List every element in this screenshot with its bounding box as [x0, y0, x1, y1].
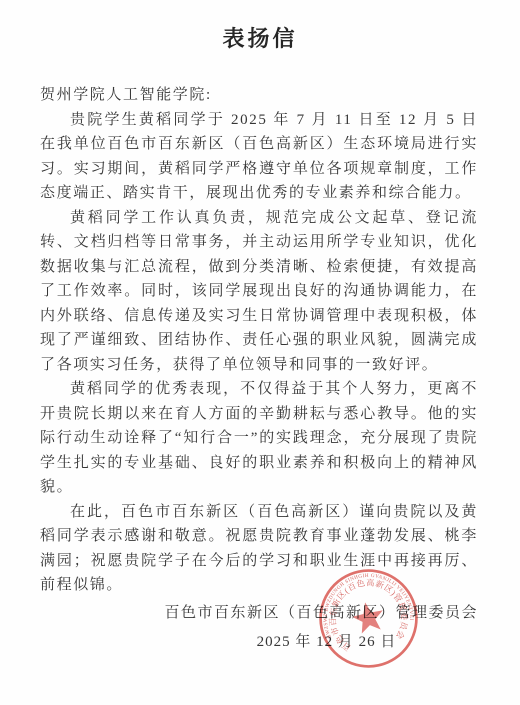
letter-paragraph: 黄稻同学工作认真负责，规范完成公文起草、登记流转、文档归档等日常事务，并主动运用… — [40, 206, 478, 378]
letter-paragraph: 在此，百色市百东新区（百色高新区）谨向贵院以及黄稻同学表示感谢和敬意。祝愿贵院教… — [40, 500, 478, 598]
letter-paragraph: 贵院学生黄稻同学于 2025 年 7 月 11 日至 12 月 5 日在我单位百… — [40, 108, 478, 206]
commendation-letter-page: 表扬信 贺州学院人工智能学院: 贵院学生黄稻同学于 2025 年 7 月 11 … — [0, 0, 520, 705]
signature-date: 2025 年 12 月 26 日 — [175, 630, 478, 651]
letter-paragraph: 黄稻同学的优秀表现，不仅得益于其个人努力，更离不开贵院长期以来在育人方面的辛勤耕… — [40, 377, 478, 500]
letter-salutation: 贺州学院人工智能学院: — [40, 83, 478, 108]
signature-org-name: 百色市百东新区（百色高新区）管理委员会 — [164, 601, 478, 622]
letter-title: 表扬信 — [0, 22, 520, 53]
letter-body: 贺州学院人工智能学院: 贵院学生黄稻同学于 2025 年 7 月 11 日至 1… — [40, 83, 478, 598]
